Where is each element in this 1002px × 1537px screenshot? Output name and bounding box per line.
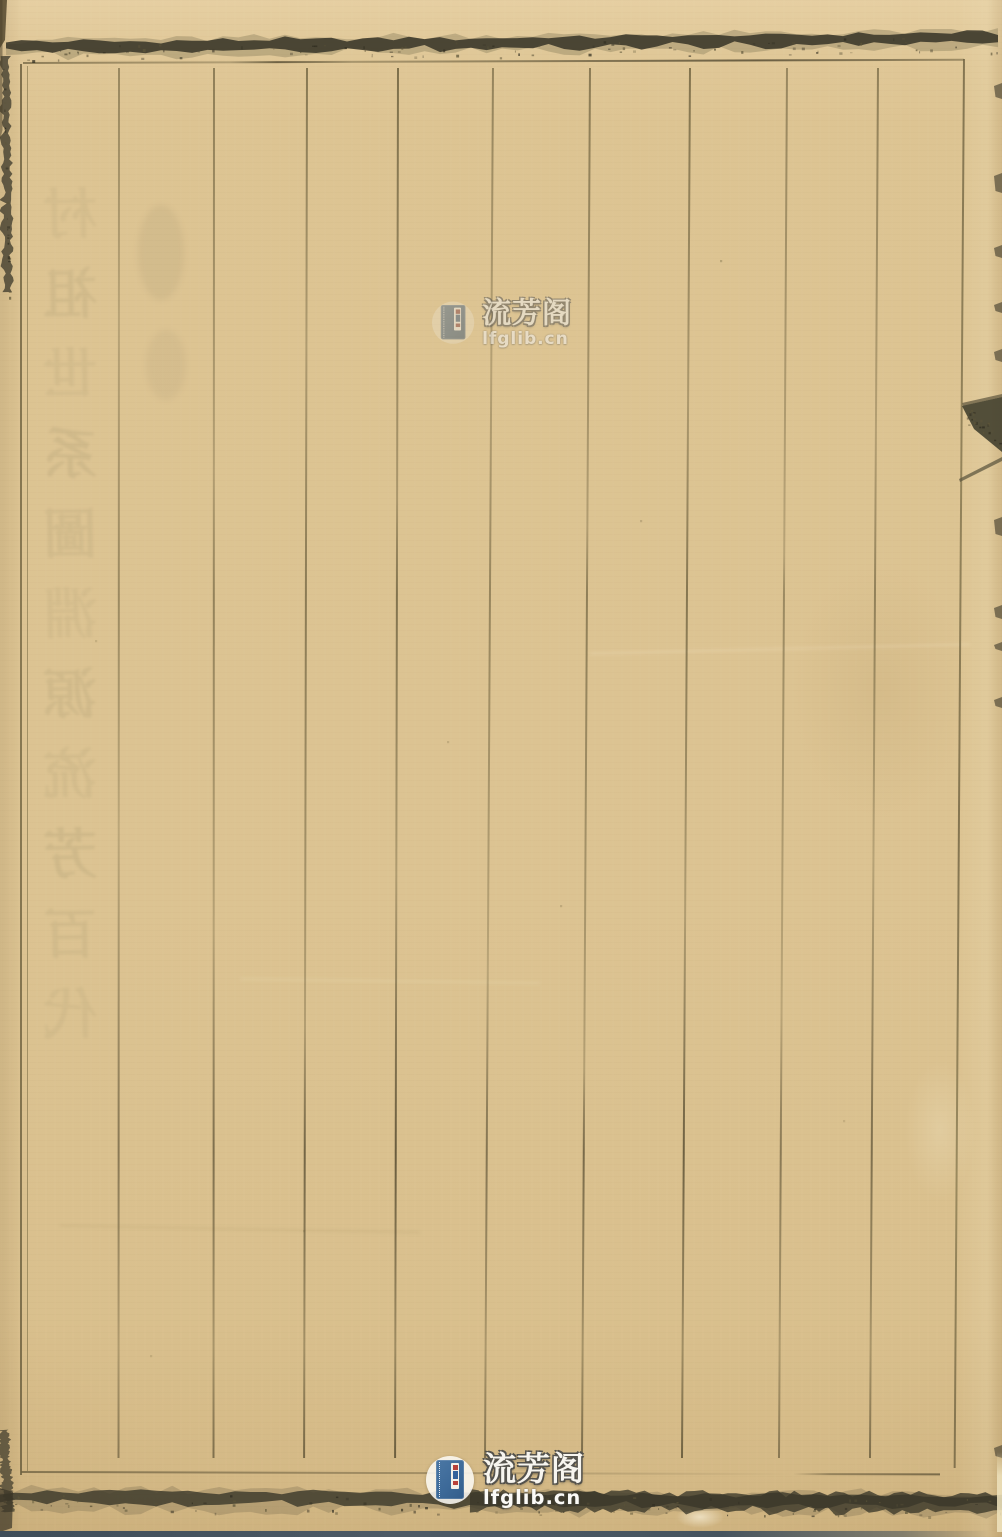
right-fold-speck (987, 424, 989, 427)
bottom-ink-speck (77, 1500, 78, 1502)
top-ink-speck (919, 51, 920, 53)
top-ink-speck (633, 50, 636, 52)
top-ink-speck (398, 51, 401, 53)
top-ink-speck (456, 55, 459, 58)
bottom-ink-speck (587, 1503, 590, 1505)
top-ink-speck (372, 56, 373, 58)
bottom-ink-speck (901, 1504, 904, 1506)
top-ink-speck (163, 50, 164, 52)
top-ink-speck (844, 38, 847, 40)
scanned-book-page: 村祖世系圖淵源流芳百代 流芳阁 lfglib.cn (0, 0, 1002, 1537)
bottom-ink-speck (555, 1510, 558, 1512)
top-ink-speck (838, 45, 841, 47)
bottom-ink-speck (195, 1510, 197, 1512)
top-ink-speck (673, 49, 676, 50)
bottom-ink-speck (652, 1504, 655, 1507)
bottom-ink-speck (613, 1511, 615, 1513)
top-ink-speck (539, 45, 541, 47)
bottom-ink-speck (192, 1503, 193, 1505)
paper-speck (640, 520, 642, 522)
right-fold-speck (994, 440, 996, 442)
bottom-ink-speck (51, 1505, 52, 1506)
top-ink-speck (345, 47, 348, 49)
bottom-ink-speck (658, 1508, 659, 1510)
top-ink-speck (487, 46, 489, 49)
ink-edges-layer (0, 0, 1002, 1537)
bottom-ink-speck (967, 1499, 968, 1501)
top-ink-speck (532, 55, 535, 57)
top-ink-speck (902, 38, 905, 39)
top-ink-speck (608, 49, 610, 50)
bottom-ink-speck (844, 1514, 847, 1517)
top-ink-speck (363, 46, 365, 49)
bottom-ink-speck (919, 1514, 922, 1516)
bottom-ink-speck (793, 1513, 794, 1515)
bottom-ink-speck (813, 1511, 816, 1512)
right-edge-nick (994, 517, 1002, 536)
bottom-ink-speck (39, 1500, 41, 1502)
label-red-mark (455, 309, 459, 313)
bottom-ink-speck (171, 1511, 174, 1514)
left-ink-speck (5, 128, 6, 130)
top-ink-speck (483, 44, 486, 45)
bottom-ink-speck (233, 1504, 236, 1507)
top-ink-speck (714, 49, 716, 51)
top-ink-speck (456, 42, 458, 44)
bottom-ink-speck (203, 1503, 206, 1504)
bottom-ink-speck (818, 1509, 821, 1512)
top-ink-speck (241, 46, 243, 49)
bottom-ink-speck (945, 1512, 947, 1513)
bottom-ink-speck (729, 1506, 732, 1508)
right-fold-speck (999, 446, 1001, 448)
bottom-ink-speck (905, 1512, 908, 1514)
right-fold-speck (980, 420, 982, 423)
bottom-ink-speck (414, 1511, 416, 1514)
top-ink-speck (916, 50, 918, 52)
top-ink-speck (159, 45, 162, 47)
bottom-ink-speck (677, 1506, 679, 1507)
label-red-mark (453, 1465, 458, 1470)
left-ink-speck (8, 243, 10, 244)
top-ink-speck (138, 45, 140, 48)
bottom-ink-speck (18, 1497, 21, 1499)
paper-speck (560, 905, 562, 907)
bottom-ink-speck (975, 1504, 978, 1505)
right-fold-speck (990, 430, 993, 433)
top-ink-speck (515, 51, 516, 53)
bottom-ink-speck (709, 1498, 711, 1501)
right-fold-speck (967, 417, 969, 419)
book-spine-stitches (439, 1462, 440, 1497)
top-ink-speck (753, 43, 755, 45)
top-ink-speck (693, 50, 695, 52)
top-ink-speck (991, 53, 993, 56)
left-ink-speck (4, 110, 5, 112)
bottom-ink-speck (666, 1506, 668, 1508)
top-ink-speck (955, 47, 956, 49)
right-edge-nick (994, 83, 1002, 99)
bottom-ink-speck (336, 1497, 338, 1499)
top-ink-speck (391, 56, 393, 57)
right-edge-nick (994, 349, 1002, 362)
top-ink-speck (604, 41, 607, 44)
right-fold-speck (983, 432, 984, 434)
top-ink-speck (405, 46, 407, 48)
top-ink-speck (772, 42, 775, 44)
right-fold-speck (981, 424, 982, 426)
bottom-ink-speck (32, 1501, 34, 1504)
bottom-ink-speck (437, 1514, 440, 1516)
bottom-ink-speck (332, 1510, 334, 1513)
bottom-ink-speck (230, 1495, 233, 1497)
bottom-ink-speck (63, 1495, 64, 1497)
book-icon (441, 305, 466, 339)
right-edge-nick (994, 245, 1002, 258)
top-ink-speck (492, 46, 494, 48)
top-ink-speck (860, 43, 862, 46)
bottom-ink-speck (838, 1515, 839, 1517)
top-ink-speck (839, 52, 842, 55)
top-ink-speck (87, 55, 89, 58)
left-ink-speck (7, 237, 8, 239)
left-ink-speck (6, 168, 9, 169)
watermark-top: 流芳阁 lfglib.cn (432, 298, 572, 347)
bottom-ink-speck (364, 1502, 367, 1505)
top-ink-speck (103, 52, 106, 53)
watermark-badge (432, 301, 474, 343)
top-ink-speck (143, 49, 146, 52)
watermark-site-domain: lfglib.cn (482, 330, 572, 347)
watermark-site-name: 流芳阁 (483, 1452, 585, 1485)
paper-speck (303, 1230, 305, 1232)
top-ink-speck (32, 60, 35, 63)
label-blue-mark (455, 315, 459, 322)
top-ink-speck (69, 52, 71, 54)
top-ink-speck (64, 54, 67, 56)
top-ink-speck (620, 52, 622, 53)
right-fold-speck (982, 426, 985, 428)
top-ink-speck (689, 55, 692, 57)
top-ink-speck (305, 54, 308, 55)
bottom-ink-speck (123, 1507, 125, 1508)
top-ink-speck (768, 43, 770, 44)
top-ink-speck (324, 45, 326, 46)
top-ink-speck (930, 49, 933, 52)
label-red-mark (453, 1481, 458, 1485)
top-ink-speck (42, 56, 44, 58)
bottom-ink-speck (307, 1510, 310, 1513)
top-ink-speck (58, 59, 59, 61)
top-ink-speck (290, 53, 293, 56)
right-fold-lower-line (959, 457, 1002, 482)
right-fold-speck (989, 432, 991, 434)
left-ink-speck (8, 261, 11, 262)
bottom-ink-speck (155, 1506, 157, 1507)
bottom-ink-speck (854, 1500, 857, 1503)
top-ink-speck (212, 50, 215, 53)
right-fold-speck (972, 419, 973, 421)
bottom-ink-speck (125, 1510, 128, 1512)
top-ink-speck (198, 51, 200, 52)
right-edge-highlight (997, 1452, 1002, 1532)
bottom-ink-speck (989, 1501, 992, 1502)
right-fold-speck (969, 413, 971, 416)
bottom-ink-speck (875, 1508, 877, 1510)
top-ink-speck (390, 52, 393, 54)
bottom-ink-speck (648, 1508, 651, 1511)
top-ink-speck (500, 57, 502, 59)
right-edge-nick (994, 605, 1002, 619)
top-ink-speck (905, 42, 906, 43)
top-ink-speck (401, 47, 403, 50)
bottom-ink-speck (738, 1502, 739, 1505)
top-ink-speck (741, 51, 743, 54)
left-ink-speck (7, 235, 9, 236)
bottom-ink-speck (495, 1511, 497, 1514)
right-edge-nick (994, 697, 1002, 708)
bottom-ink-speck (476, 1510, 479, 1513)
top-ink-speck (300, 52, 301, 53)
top-ink-speck (619, 42, 620, 45)
bottom-ink-speck (90, 1506, 92, 1508)
top-ink-speck (793, 48, 796, 51)
left-ink-speck (6, 167, 9, 168)
top-ink-speck (792, 42, 795, 45)
bottom-ink-speck (540, 1515, 543, 1516)
left-ink-speck (4, 89, 7, 91)
bottom-ink-speck (861, 1507, 863, 1510)
bottom-ink-speck (65, 1503, 68, 1504)
bottom-ink-speck (335, 1512, 338, 1515)
right-fold-triangle (962, 397, 1002, 452)
top-ink-speck (593, 46, 595, 48)
top-ink-speck (141, 58, 144, 60)
top-ink-speck (119, 45, 121, 47)
left-ink-speck (7, 202, 10, 204)
bottom-ink-speck (849, 1500, 850, 1503)
top-ink-speck (314, 46, 317, 48)
left-ink-speck (9, 291, 12, 293)
bottom-ink-speck (265, 1509, 267, 1512)
bottom-ink-speck (666, 1512, 668, 1514)
bottom-ink-speck (563, 1512, 565, 1513)
bottom-ink-speck (215, 1513, 217, 1516)
left-ink-speck (7, 226, 10, 228)
left-ink-speck (5, 143, 6, 145)
bottom-edge-strip (0, 1531, 1002, 1537)
bottom-ink-speck (845, 1508, 847, 1510)
bottom-ink-speck (599, 1509, 601, 1510)
left-ink-speck (9, 297, 11, 300)
bottom-ink-speck (410, 1504, 412, 1507)
bottom-ink-speck (933, 1509, 935, 1511)
top-ink-speck (423, 55, 424, 58)
bottom-ink-speck (309, 1502, 312, 1504)
bottom-ink-speck (812, 1516, 815, 1518)
bottom-ink-speck (233, 1500, 236, 1502)
right-edge-nick (994, 173, 1002, 193)
top-ink-speck (365, 50, 367, 52)
left-ink-speck (5, 130, 6, 133)
top-ink-speck (372, 54, 373, 56)
top-ink-speck (414, 56, 417, 59)
paper-speck (843, 1120, 845, 1122)
bottom-ink-speck (879, 1502, 881, 1503)
bottom-ink-speck (15, 1504, 17, 1505)
bottom-ink-speck (538, 1511, 540, 1513)
top-ink-speck (60, 50, 61, 52)
right-edge-nick (994, 302, 1002, 313)
left-ink-speck (7, 218, 8, 219)
top-ink-speck (77, 52, 78, 54)
top-ink-speck (623, 47, 625, 50)
bottom-ink-speck (155, 1503, 158, 1506)
bottom-ink-speck (624, 1504, 625, 1507)
watermark-site-name: 流芳阁 (482, 298, 572, 327)
bottom-ink-speck (346, 1498, 349, 1501)
top-ink-speck (817, 51, 818, 54)
paper-speck (95, 640, 97, 642)
top-ink-speck (802, 48, 805, 51)
bottom-ink-speck (866, 1500, 867, 1502)
right-edge-nick (994, 642, 1002, 651)
paper-speck (150, 1355, 152, 1357)
top-ink-speck (611, 44, 614, 46)
watermark-bottom: 流芳阁 lfglib.cn (426, 1452, 585, 1508)
bottom-ink-speck (676, 1506, 677, 1509)
bottom-ink-speck (630, 1513, 633, 1515)
paper-speck (720, 260, 722, 262)
right-fold-speck (973, 419, 976, 420)
bottom-ink-speck (401, 1509, 403, 1512)
label-red-mark (455, 323, 459, 327)
paper-speck (447, 741, 449, 743)
top-ink-speck (789, 54, 792, 55)
bottom-ink-speck (117, 1505, 119, 1507)
top-ink-speck (997, 52, 998, 54)
bottom-ink-speck (379, 1508, 381, 1511)
bottom-ink-speck (633, 1497, 636, 1499)
right-fold-speck (968, 424, 970, 426)
bottom-ink-speck (727, 1515, 728, 1517)
watermark-badge (426, 1456, 474, 1504)
book-title-label (454, 308, 461, 330)
top-ink-speck (273, 47, 274, 50)
bottom-ink-speck (677, 1502, 679, 1503)
bottom-ink-speck (814, 1509, 816, 1510)
right-fold-speck (971, 410, 974, 412)
top-ink-speck (27, 60, 30, 61)
top-ink-speck (850, 52, 853, 53)
top-ink-speck (126, 52, 129, 53)
left-ink-speck (4, 103, 7, 104)
right-fold-speck (979, 427, 981, 429)
bottom-ink-speck (833, 1512, 835, 1514)
book-title-label (451, 1463, 459, 1489)
left-ink-speck (7, 229, 8, 230)
label-blue-mark (453, 1471, 458, 1479)
left-ink-speck (3, 69, 4, 70)
left-edge-sliver (0, 0, 3, 140)
book-spine-stitches (443, 307, 444, 338)
top-ink-speck (180, 57, 183, 59)
watermark-site-domain: lfglib.cn (483, 1488, 585, 1508)
top-ink-speck (518, 53, 520, 56)
bottom-ink-speck (41, 1509, 44, 1511)
bottom-ink-speck (68, 1505, 70, 1508)
right-fold-speck (974, 422, 976, 424)
book-icon (436, 1460, 464, 1499)
left-ink-speck (8, 256, 10, 259)
top-ink-speck (443, 50, 445, 53)
bottom-ink-speck (896, 1504, 898, 1507)
top-ink-speck (893, 38, 894, 41)
top-ink-speck (669, 47, 672, 49)
left-bottom-corner (0, 1488, 13, 1532)
top-ink-speck (589, 54, 592, 57)
right-fold-speck (973, 413, 975, 416)
bottom-ink-speck (764, 1515, 766, 1517)
bottom-ink-speck (928, 1516, 931, 1519)
bottom-ink-speck (418, 1505, 420, 1508)
